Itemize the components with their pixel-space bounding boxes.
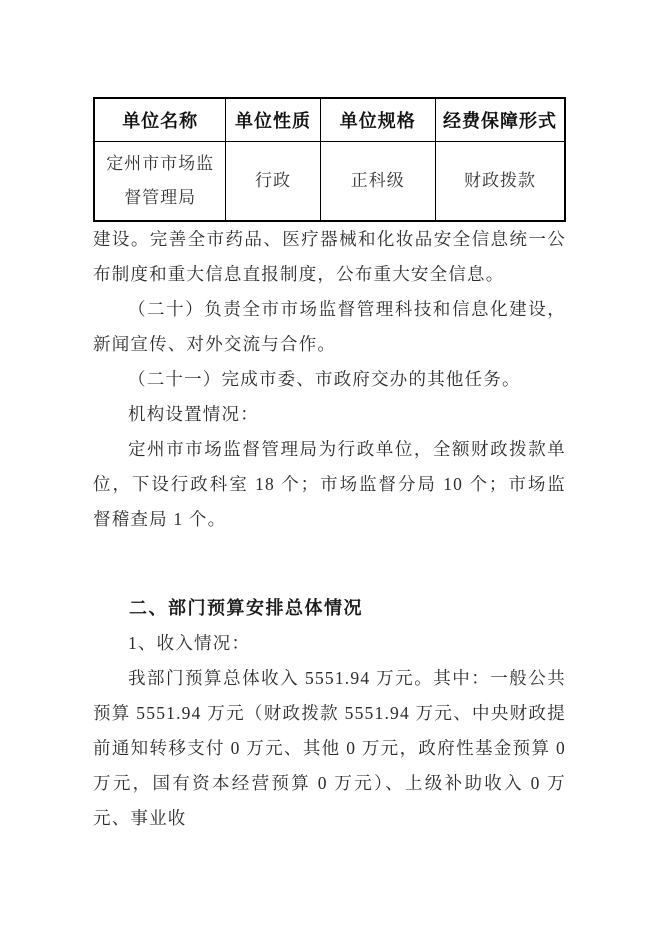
document-content: 单位名称 单位性质 单位规格 经费保障形式 定州市市场监督管理局 行政 正科级 …	[0, 0, 662, 836]
cell-funding-form: 财政拨款	[435, 142, 565, 222]
paragraph-income-label: 1、收入情况：	[93, 626, 566, 661]
unit-info-table: 单位名称 单位性质 单位规格 经费保障形式 定州市市场监督管理局 行政 正科级 …	[93, 97, 566, 222]
table-row: 定州市市场监督管理局 行政 正科级 财政拨款	[94, 142, 565, 222]
header-unit-name: 单位名称	[94, 98, 226, 142]
section-heading-budget-overview: 二、部门预算安排总体情况	[93, 591, 566, 626]
paragraph-item-21: （二十一）完成市委、市政府交办的其他任务。	[93, 362, 566, 397]
paragraph-org-setup-label: 机构设置情况：	[93, 397, 566, 432]
cell-unit-name: 定州市市场监督管理局	[94, 142, 226, 222]
cell-unit-type: 行政	[226, 142, 320, 222]
header-unit-type: 单位性质	[226, 98, 320, 142]
cell-unit-grade: 正科级	[320, 142, 435, 222]
header-funding-form: 经费保障形式	[435, 98, 565, 142]
document-page: 单位名称 单位性质 单位规格 经费保障形式 定州市市场监督管理局 行政 正科级 …	[0, 0, 662, 936]
paragraph-income-detail: 我部门预算总体收入 5551.94 万元。其中：一般公共预算 5551.94 万…	[93, 661, 566, 836]
table-header-row: 单位名称 单位性质 单位规格 经费保障形式	[94, 98, 565, 142]
paragraph-continuation: 建设。完善全市药品、医疗器械和化妆品安全信息统一公布制度和重大信息直报制度，公布…	[93, 222, 566, 292]
paragraph-item-20: （二十）负责全市市场监督管理科技和信息化建设，新闻宣传、对外交流与合作。	[93, 292, 566, 362]
paragraph-org-setup: 定州市市场监督管理局为行政单位，全额财政拨款单位，下设行政科室 18 个；市场监…	[93, 432, 566, 537]
header-unit-grade: 单位规格	[320, 98, 435, 142]
